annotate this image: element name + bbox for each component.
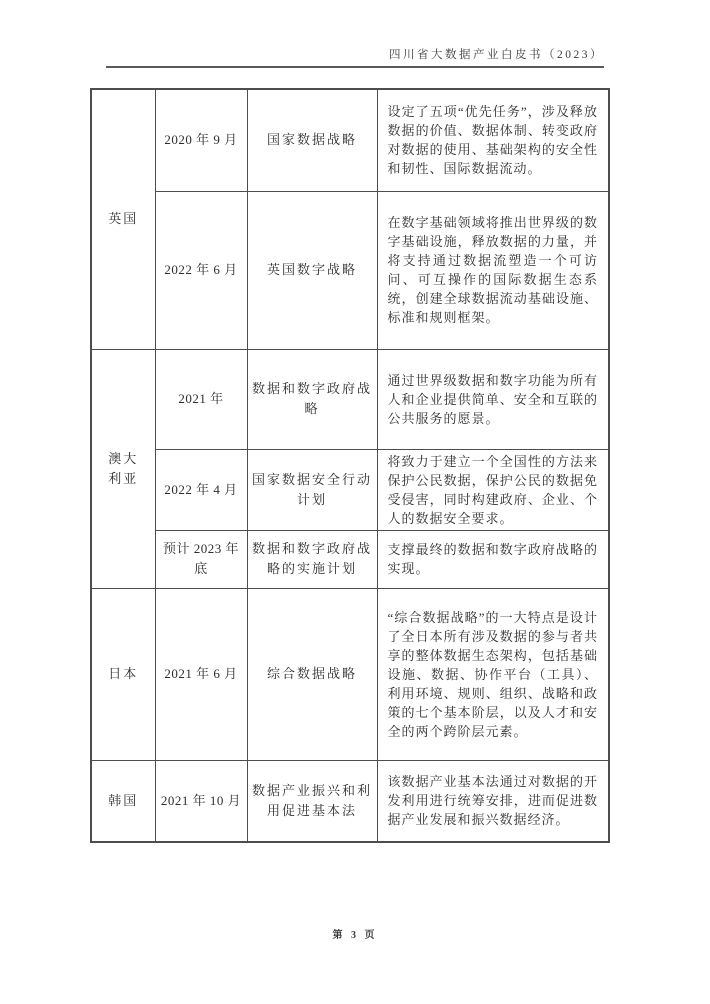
country-cell: 澳大利亚 — [91, 349, 155, 588]
strategy-cell: 数据和数字政府战略的实施计划 — [247, 530, 377, 588]
description-cell: 将致力于建立一个全国性的方法来保护公民数据，保护公民的数据免受侵害，同时构建政府… — [377, 449, 609, 530]
description-cell: 支撑最终的数据和数字政府战略的实现。 — [377, 530, 609, 588]
strategy-cell: 英国数字战略 — [247, 191, 377, 349]
page-footer: 第 3 页 — [0, 926, 710, 941]
strategy-cell: 综合数据战略 — [247, 588, 377, 760]
table-row: 2022 年 6 月 英国数字战略 在数字基础领域将推出世界级的数字基础设施，释… — [91, 191, 609, 349]
date-cell: 2021 年 — [155, 349, 247, 449]
date-cell: 2022 年 4 月 — [155, 449, 247, 530]
table-row: 韩国 2021 年 10 月 数据产业振兴和利用促进基本法 该数据产业基本法通过… — [91, 760, 609, 842]
page-header: 四川省大数据产业白皮书（2023） — [106, 46, 604, 62]
date-cell: 预计 2023 年底 — [155, 530, 247, 588]
description-cell: 在数字基础领域将推出世界级的数字基础设施，释放数据的力量，并将支持通过数据流塑造… — [377, 191, 609, 349]
header-title: 四川省大数据产业白皮书（2023） — [389, 49, 604, 61]
strategy-cell: 数据产业振兴和利用促进基本法 — [247, 760, 377, 842]
strategy-cell: 数据和数字政府战略 — [247, 349, 377, 449]
strategy-cell: 国家数据战略 — [247, 89, 377, 191]
table-row: 澳大利亚 2021 年 数据和数字政府战略 通过世界级数据和数字功能为所有人和企… — [91, 349, 609, 449]
table-row: 英国 2020 年 9 月 国家数据战略 设定了五项“优先任务”，涉及释放数据的… — [91, 89, 609, 191]
strategy-cell: 国家数据安全行动计划 — [247, 449, 377, 530]
description-cell: 该数据产业基本法通过对数据的开发利用进行统筹安排，进而促进数据产业发展和振兴数据… — [377, 760, 609, 842]
document-page: 四川省大数据产业白皮书（2023） 英国 2020 年 9 月 国家数据战略 设… — [0, 0, 710, 1004]
page-number: 第 3 页 — [333, 930, 378, 941]
description-cell: 设定了五项“优先任务”，涉及释放数据的价值、数据体制、转变政府对数据的使用、基础… — [377, 89, 609, 191]
table-row: 日本 2021 年 6 月 综合数据战略 “综合数据战略”的一大特点是设计了全日… — [91, 588, 609, 760]
table-row: 预计 2023 年底 数据和数字政府战略的实施计划 支撑最终的数据和数字政府战略… — [91, 530, 609, 588]
date-cell: 2022 年 6 月 — [155, 191, 247, 349]
description-cell: 通过世界级数据和数字功能为所有人和企业提供简单、安全和互联的公共服务的愿景。 — [377, 349, 609, 449]
table-row: 2022 年 4 月 国家数据安全行动计划 将致力于建立一个全国性的方法来保护公… — [91, 449, 609, 530]
country-cell: 韩国 — [91, 760, 155, 842]
country-cell: 英国 — [91, 89, 155, 349]
date-cell: 2021 年 6 月 — [155, 588, 247, 760]
national-data-strategy-table: 英国 2020 年 9 月 国家数据战略 设定了五项“优先任务”，涉及释放数据的… — [90, 88, 610, 843]
country-cell: 日本 — [91, 588, 155, 760]
date-cell: 2021 年 10 月 — [155, 760, 247, 842]
description-cell: “综合数据战略”的一大特点是设计了全日本所有涉及数据的参与者共享的整体数据生态架… — [377, 588, 609, 760]
header-rule — [106, 66, 604, 68]
date-cell: 2020 年 9 月 — [155, 89, 247, 191]
